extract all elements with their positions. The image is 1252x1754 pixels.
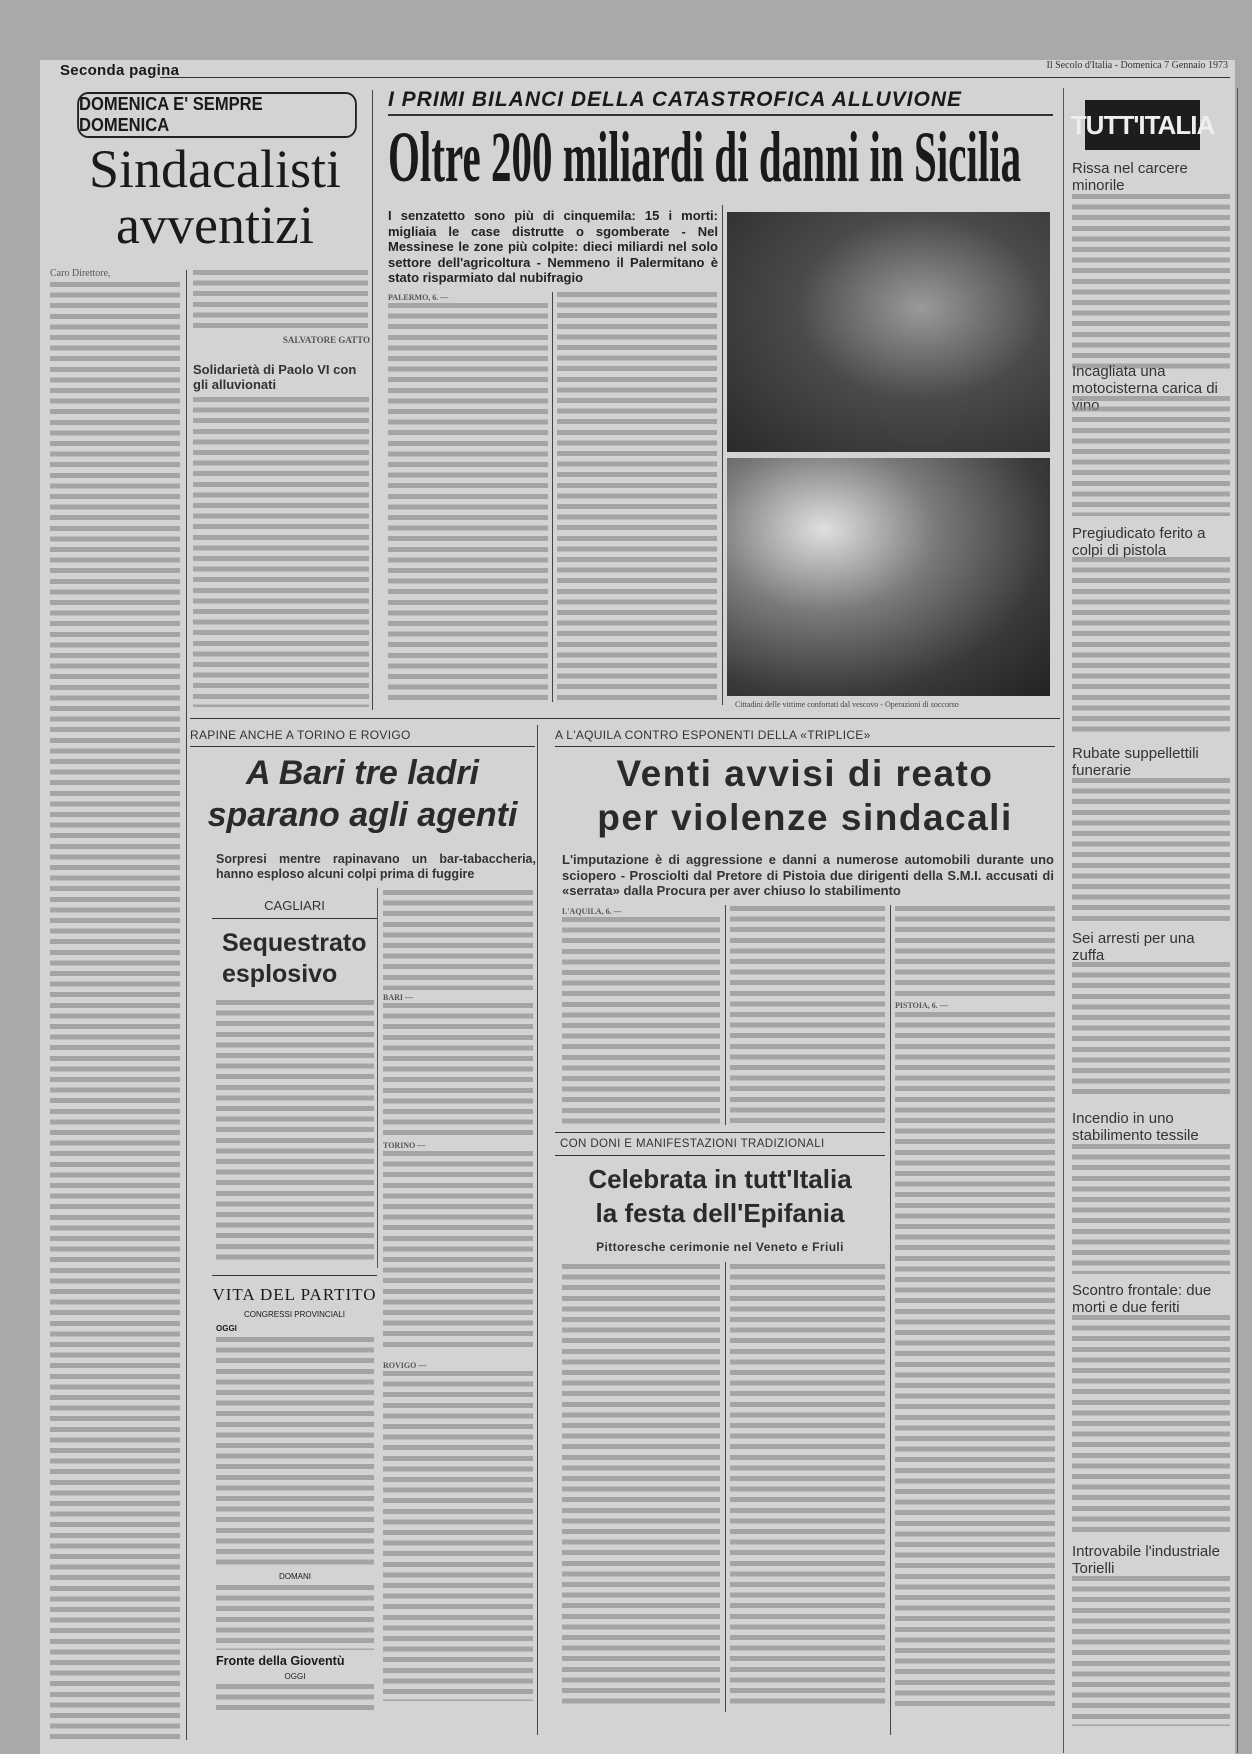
torino-body — [383, 1151, 533, 1351]
photo-rescue-operations — [727, 458, 1050, 696]
column-divider — [537, 725, 538, 1735]
fronte-gioventu-oggi: OGGI — [216, 1672, 374, 1681]
left-signature: SALVATORE GATTO — [250, 335, 370, 346]
vita-partito-domani: DOMANI — [216, 1572, 374, 1581]
aquila-deck: L'imputazione è di aggressione e danni a… — [562, 852, 1054, 899]
pistoia-body — [895, 1012, 1055, 1710]
sidebar-item-8-headline: Introvabile l'industriale Torielli — [1072, 1543, 1232, 1577]
sidebar-item-4-body — [1072, 778, 1230, 923]
sidebar-item-7-body — [1072, 1315, 1230, 1533]
epifania-body-col2 — [730, 1264, 885, 1709]
sidebar-item-7-headline: Scontro frontale: due morti e due feriti — [1072, 1282, 1232, 1316]
photo-bishop-with-victims — [727, 212, 1050, 452]
vita-partito-oggi: OGGI — [216, 1324, 256, 1333]
masthead-date: Il Secolo d'Italia - Domenica 7 Gennaio … — [1047, 60, 1228, 71]
paolo-vi-body — [193, 397, 369, 707]
tuttitalia-logo: TUTT'ITALIA — [1085, 100, 1200, 150]
sidebar-item-6-body — [1072, 1144, 1230, 1274]
bari-headline-1: A Bari tre ladri — [190, 752, 535, 794]
left-kicker: DOMENICA E' SEMPRE DOMENICA — [77, 92, 357, 138]
rovigo-dateline: ROVIGO — — [383, 1360, 443, 1371]
epifania-kicker: CON DONI E MANIFESTAZIONI TRADIZIONALI — [560, 1138, 890, 1150]
column-divider — [552, 292, 553, 702]
epifania-body-col1 — [562, 1264, 720, 1709]
aquila-kicker: A L'AQUILA CONTRO ESPONENTI DELLA «TRIPL… — [555, 728, 1055, 742]
aquila-body-col3 — [895, 906, 1055, 996]
lead-dateline: PALERMO, 6. — — [388, 292, 468, 303]
kicker-rule — [190, 746, 535, 747]
aquila-headline-1: Venti avvisi di reato — [555, 752, 1055, 796]
photo-caption: Cittadini delle vittime confortati dal v… — [735, 699, 1050, 710]
cagliari-headline: Sequestrato esplosivo — [222, 928, 372, 990]
sidebar-item-3-headline: Pregiudicato ferito a colpi di pistola — [1072, 525, 1232, 559]
epifania-headline-1: Celebrata in tutt'Italia — [555, 1162, 885, 1196]
left-headline-1: Sindacalisti — [60, 140, 370, 198]
column-divider — [372, 90, 373, 710]
cagliari-body — [216, 1000, 374, 1265]
section-rule — [555, 1132, 885, 1133]
column-divider — [186, 270, 187, 1740]
sidebar-item-5-body — [1072, 962, 1230, 1097]
vita-partito-list — [216, 1337, 374, 1567]
fronte-gioventu-body — [216, 1684, 374, 1710]
bari-deck: Sorpresi mentre rapinavano un bar-tabacc… — [216, 852, 536, 882]
lead-kicker: I PRIMI BILANCI DELLA CATASTROFICA ALLUV… — [388, 88, 1053, 112]
left-headline-2: avventizi — [60, 196, 370, 254]
column-divider — [725, 905, 726, 1125]
section-rule — [190, 718, 1060, 719]
sidebar-item-8-body — [1072, 1576, 1230, 1726]
epifania-deck: Pittoresche cerimonie nel Veneto e Friul… — [555, 1240, 885, 1254]
left-body-text — [50, 282, 180, 1742]
sidebar-item-1-body — [1072, 194, 1230, 372]
left-body-text-2 — [193, 270, 368, 330]
sidebar-item-1-headline: Rissa nel carcere minorile — [1072, 160, 1232, 194]
column-divider — [722, 205, 723, 705]
header-rule — [160, 77, 1230, 78]
lead-body-col1 — [388, 303, 548, 701]
aquila-body-col1 — [562, 917, 720, 1127]
sidebar-item-2-body — [1072, 396, 1230, 516]
kicker-rule — [555, 746, 1055, 747]
paolo-vi-headline: Solidarietà di Paolo VI con gli alluvion… — [193, 362, 369, 392]
rovigo-body — [383, 1371, 533, 1701]
sidebar-item-6-headline: Incendio in uno stabilimento tessile — [1072, 1110, 1232, 1144]
vita-partito-title: VITA DEL PARTITO — [212, 1285, 377, 1305]
bari-dateline: BARI — — [383, 992, 443, 1003]
aquila-body-col2 — [730, 906, 885, 1126]
pistoia-dateline: PISTOIA, 6. — — [895, 1000, 975, 1011]
bari-kicker: RAPINE ANCHE A TORINO E ROVIGO — [190, 728, 530, 742]
vita-partito-subtitle: CONGRESSI PROVINCIALI — [212, 1310, 377, 1319]
aquila-dateline: L'AQUILA, 6. — — [562, 906, 632, 917]
sidebar-item-5-headline: Sei arresti per una zuffa — [1072, 930, 1222, 964]
left-salutation: Caro Direttore, — [50, 268, 180, 279]
kicker-rule — [212, 918, 377, 919]
lead-headline-wrap: Oltre 200 miliardi di danni in Sicilia — [388, 118, 1053, 198]
vita-partito-list-2 — [216, 1585, 374, 1650]
bari-body-intro — [383, 890, 533, 990]
lead-deck: I senzatetto sono più di cinquemila: 15 … — [388, 208, 718, 286]
lead-body-col2 — [557, 292, 717, 702]
lead-headline: Oltre 200 miliardi di danni in Sicilia — [388, 118, 1021, 196]
kicker-rule — [555, 1155, 885, 1156]
epifania-headline-2: la festa dell'Epifania — [555, 1196, 885, 1230]
box-rule — [212, 1275, 377, 1276]
cagliari-kicker: CAGLIARI — [212, 898, 377, 913]
column-divider — [725, 1262, 726, 1712]
kicker-rule — [388, 114, 1053, 116]
bari-headline-2: sparano agli agenti — [190, 794, 535, 836]
column-divider — [890, 905, 891, 1735]
aquila-headline-2: per violenze sindacali — [555, 796, 1055, 840]
bari-body — [383, 1003, 533, 1135]
fronte-gioventu-title: Fronte della Gioventù — [216, 1654, 374, 1668]
sidebar-item-3-body — [1072, 557, 1230, 735]
sidebar-item-4-headline: Rubate suppellettili funerarie — [1072, 745, 1232, 779]
torino-dateline: TORINO — — [383, 1140, 443, 1151]
